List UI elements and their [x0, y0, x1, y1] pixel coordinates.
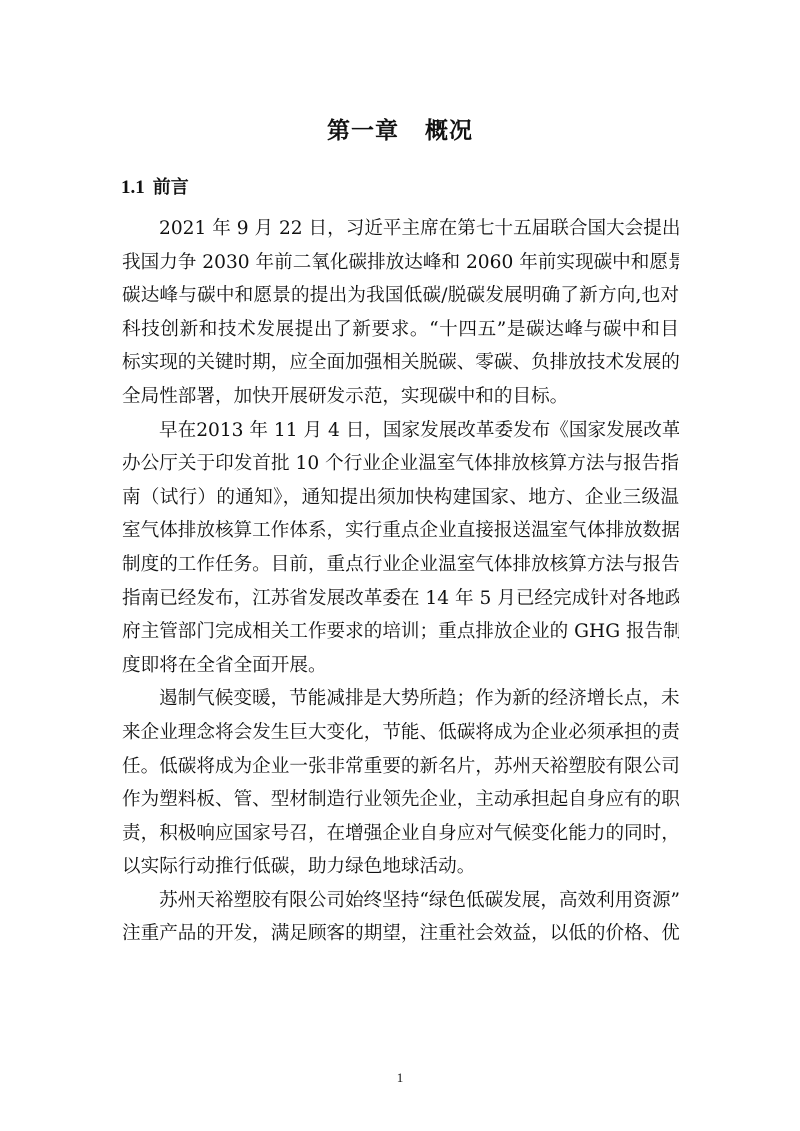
text-line: 指南已经发布，江苏省发展改革委在 14 年 5 月已经完成针对各地政 [122, 582, 679, 616]
section-number: 1.1 [121, 177, 145, 198]
text-line: 遏制气候变暖，节能减排是大势所趋；作为新的经济增长点，未 [122, 682, 679, 716]
page-number: 1 [0, 1070, 800, 1086]
text-line: 室气体排放核算工作体系，实行重点企业直接报送温室气体排放数据 [122, 514, 679, 548]
text-line: 度即将在全省全面开展。 [122, 649, 679, 683]
body-text: 2021 年 9 月 22 日，习近平主席在第七十五届联合国大会提出了 我国力争… [122, 212, 679, 951]
text-line: 来企业理念将会发生巨大变化，节能、低碳将成为企业必须承担的责 [122, 716, 679, 750]
text-line: 制度的工作任务。目前，重点行业企业温室气体排放核算方法与报告 [122, 548, 679, 582]
chapter-title: 第一章概况 [0, 112, 800, 145]
text-line: 全局性部署，加快开展研发示范，实现碳中和的目标。 [122, 380, 679, 414]
text-line: 府主管部门完成相关工作要求的培训；重点排放企业的 GHG 报告制 [122, 615, 679, 649]
text-line: 我国力争 2030 年前二氧化碳排放达峰和 2060 年前实现碳中和愿景。 [122, 246, 679, 280]
section-heading: 1.1前言 [121, 173, 189, 199]
section-title: 前言 [153, 177, 189, 198]
text-line: 苏州天裕塑胶有限公司始终坚持“绿色低碳发展，高效利用资源”， [122, 884, 679, 918]
chapter-name: 概况 [425, 118, 473, 144]
text-line: 注重产品的开发，满足顾客的期望，注重社会效益，以低的价格、优 [122, 917, 679, 951]
text-line: 作为塑料板、管、型材制造行业领先企业，主动承担起自身应有的职 [122, 783, 679, 817]
text-line: 责，积极响应国家号召，在增强企业自身应对气候变化能力的同时， [122, 817, 679, 851]
text-line: 早在2013 年 11 月 4 日，国家发展改革委发布《国家发展改革委 [122, 414, 679, 448]
document-page: 第一章概况 1.1前言 2021 年 9 月 22 日，习近平主席在第七十五届联… [0, 0, 800, 1131]
text-line: 以实际行动推行低碳，助力绿色地球活动。 [122, 850, 679, 884]
text-line: 办公厅关于印发首批 10 个行业企业温室气体排放核算方法与报告指 [122, 447, 679, 481]
text-line: 科技创新和技术发展提出了新要求。“十四五”是碳达峰与碳中和目 [122, 313, 679, 347]
text-line: 碳达峰与碳中和愿景的提出为我国低碳/脱碳发展明确了新方向,也对 [122, 279, 679, 313]
text-line: 任。低碳将成为企业一张非常重要的新名片，苏州天裕塑胶有限公司 [122, 750, 679, 784]
text-line: 南（试行）的通知》，通知提出须加快构建国家、地方、企业三级温 [122, 481, 679, 515]
text-line: 2021 年 9 月 22 日，习近平主席在第七十五届联合国大会提出了 [122, 212, 679, 246]
text-line: 标实现的关键时期，应全面加强相关脱碳、零碳、负排放技术发展的 [122, 346, 679, 380]
chapter-number: 第一章 [327, 118, 399, 144]
